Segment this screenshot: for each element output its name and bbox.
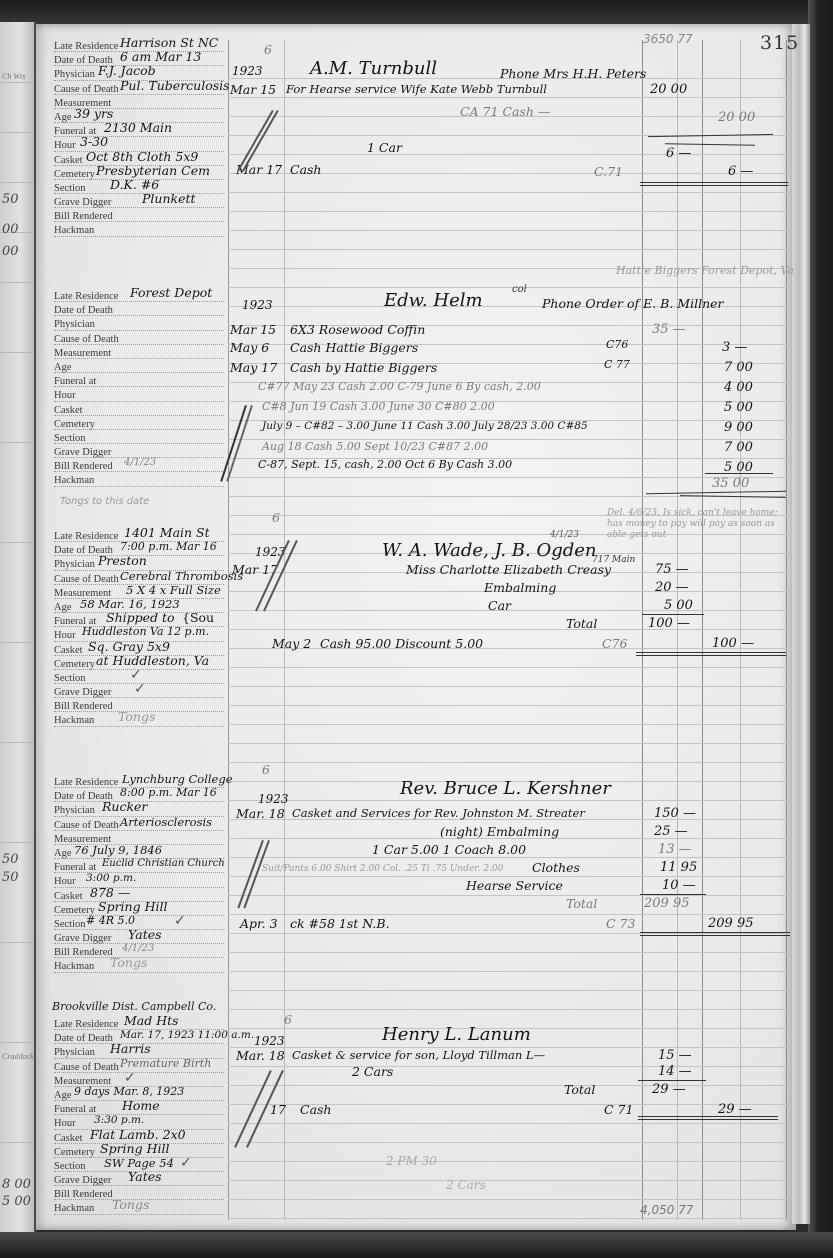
age: 39 yrs [74, 107, 113, 121]
pencil-note: 2 PM 30 [386, 1154, 437, 1168]
number-mark: 6 [272, 510, 280, 525]
funeral-at: 2130 Main [104, 121, 172, 135]
previous-page-edge: Ch Wts 50 00 00 50 50 Craddock 8 00 5 00 [0, 22, 36, 1232]
entry-description: Casket & service for son, Lloyd Tillman … [292, 1048, 545, 1062]
entry-year: 1923 [232, 64, 263, 78]
ruling-line [228, 743, 792, 744]
credit-total: 35 00 [712, 476, 749, 491]
hour: 3:30 p.m. [94, 1113, 144, 1127]
check-mark-icon: ✓ [130, 668, 142, 682]
prev-page-note: Craddock [2, 1052, 34, 1061]
cemetery: Presbyterian Cem [96, 164, 210, 178]
entry-description: Cash [300, 1102, 331, 1117]
entry-description: C-87, Sept. 15, cash, 2.00 Oct 6 By Cash… [258, 458, 512, 471]
prev-page-amount: 00 [2, 222, 19, 237]
prev-page-amount: 8 00 [2, 1177, 31, 1192]
cemetery: at Huddleston, Va [96, 654, 209, 668]
entry-date: May 6 [230, 340, 269, 355]
entry-date: May 17 [230, 360, 277, 375]
entry-description: July 9 – C#82 – 3.00 June 11 Cash 3.00 J… [262, 420, 588, 432]
debit-amount: 11 95 [660, 860, 697, 875]
entry-year: 1923 [258, 792, 289, 806]
rule-credit-column [702, 40, 703, 1220]
ruling-line [228, 800, 792, 801]
debit-amount: 75 — [655, 562, 689, 577]
prev-page-amount: 50 [2, 852, 19, 867]
entry-description: Cash [290, 162, 321, 177]
cause-of-death: Premature Birth [120, 1057, 211, 1071]
ruling-line [228, 686, 792, 687]
credit-amount: 100 — [712, 636, 754, 651]
cause-of-death: Arteriosclerosis [120, 815, 212, 829]
entry-description: For Hearse service Wife Kate Webb Turnbu… [286, 82, 547, 96]
section: D.K. #6 [110, 178, 159, 192]
ruling-line [228, 895, 792, 896]
check-mark-icon: ✓ [134, 682, 146, 696]
debit-amount: 209 95 [644, 896, 690, 911]
cemetery: Spring Hill [98, 900, 167, 914]
date-of-death: 6 am Mar 13 [120, 50, 201, 64]
check-mark-icon: ✓ [180, 1156, 192, 1170]
ruling-line [228, 192, 792, 193]
prev-page-note: Ch Wts [2, 72, 25, 81]
decedent-name: W. A. Wade, J. B. Ogden [382, 540, 597, 561]
decedent-name: Edw. Helm [384, 290, 483, 311]
debit-amount: 13 — [658, 842, 692, 857]
entry-description: Cash 95.00 Discount 5.00 [320, 636, 483, 651]
check-mark-icon: ✓ [124, 1071, 136, 1085]
entry-date: May 2 [272, 636, 311, 651]
cash-reference: C 71 [604, 1102, 633, 1117]
rule-right-margin [786, 40, 787, 1220]
debit-amount: 20 00 [650, 82, 687, 97]
entry-description: 1 Car [367, 140, 402, 155]
ruling-line [228, 933, 792, 934]
entry-description: 6X3 Rosewood Coffin [290, 322, 425, 337]
entry-description: Cash by Hattie Biggers [290, 360, 437, 375]
bill-rendered: 4/1/23 [122, 942, 154, 956]
late-residence: Lynchburg College [122, 772, 233, 786]
record-2-details: Late ResidenceForest Depot Date of Death… [54, 290, 224, 489]
ruling-line [228, 1085, 792, 1086]
entry-date: Mar. 18 [236, 1048, 285, 1063]
entry-description: ck #58 1st N.B. [290, 916, 390, 931]
grave-digger: Yates [128, 1170, 162, 1184]
credit-amount: 4 00 [724, 380, 753, 395]
ruling-line [228, 477, 792, 478]
ruling-line [228, 1142, 792, 1143]
entry-year: 1923 [254, 1034, 285, 1048]
credit-amount: 7 00 [724, 360, 753, 375]
header-note: Phone Mrs H.H. Peters [500, 66, 646, 81]
record-4-details: Late ResidenceLynchburg College Date of … [54, 776, 224, 975]
physician: Harris [110, 1042, 151, 1056]
rule-credit-cents [740, 40, 741, 1220]
prev-page-amount: 5 00 [2, 1194, 31, 1209]
ruling-line [228, 1066, 792, 1067]
ruling-line [228, 724, 792, 725]
ruling-line [228, 154, 792, 155]
credit-amount: 7 00 [724, 440, 753, 455]
entry-description: C#8 Jun 19 Cash 3.00 June 30 C#80 2.00 [262, 400, 495, 413]
cemetery: Spring Hill [100, 1142, 169, 1156]
record-3-details: Late Residence1401 Main St Date of Death… [54, 530, 224, 729]
footnote: Tongs to this date [60, 496, 149, 507]
page-edge-stack [792, 24, 810, 1224]
ruling-line [228, 971, 792, 972]
prev-page-amount: 50 [2, 870, 19, 885]
record-1-details: Late ResidenceHarrison St NC Date of Dea… [54, 40, 224, 239]
debit-amount: 5 00 [664, 598, 693, 613]
casket: Sq. Gray 5x9 [88, 640, 170, 654]
credit-amount: 29 — [718, 1102, 752, 1117]
entry-description: Cash Hattie Biggers [290, 340, 418, 355]
entry-description: 2 Cars [352, 1064, 393, 1079]
entry-description: (night) Embalming [440, 824, 559, 839]
entry-description: Aug 18 Cash 5.00 Sept 10/23 C#87 2.00 [262, 440, 488, 453]
debit-amount: 6 — [666, 146, 691, 161]
credit-amount: 5 00 [724, 400, 753, 415]
entry-year: 1923 [242, 298, 273, 312]
district-note: Brookville Dist. Campbell Co. [52, 1000, 216, 1013]
entry-description: Total [566, 896, 597, 911]
debit-amount: 100 — [648, 616, 690, 631]
entry-description: Clothes [532, 860, 580, 875]
section: # 4R 5.0 [86, 914, 135, 928]
entry-description: CA 71 Cash — [460, 104, 550, 119]
header-note: Phone Order of E. B. Millner [542, 296, 724, 311]
decedent-name: A.M. Turnbull [310, 58, 437, 79]
ruling-line [228, 914, 792, 915]
measurement: 5 X 4 x Full Size [126, 583, 221, 597]
check-mark-icon: ✓ [174, 914, 186, 928]
ruling-line [228, 230, 792, 231]
debit-amount: 29 — [652, 1082, 686, 1097]
ruling-line [228, 1161, 792, 1162]
ruling-line [228, 1180, 792, 1181]
hour: Huddleston Va 12 p.m. [82, 625, 209, 639]
debit-amount: 15 — [658, 1048, 692, 1063]
decedent-name: Henry L. Lanum [382, 1024, 531, 1045]
debit-amount: 150 — [654, 806, 696, 821]
ruling-line [228, 762, 792, 763]
book-cover-right [808, 0, 833, 1258]
ruling-line [228, 876, 792, 877]
age: 9 days Mar. 8, 1923 [74, 1085, 184, 1099]
ruling-line [228, 648, 792, 649]
record-5-details: Late ResidenceMad Hts Date of DeathMar. … [54, 1018, 224, 1217]
rule-debit-column [642, 40, 643, 1220]
late-residence: Harrison St NC [120, 36, 218, 50]
physician: Preston [98, 554, 147, 568]
ruling-line [228, 705, 792, 706]
physician: F.J. Jacob [98, 64, 156, 78]
debit-amount: 20 — [655, 580, 689, 595]
entry-date: Mar 15 [230, 82, 276, 97]
cash-reference: C.71 [594, 164, 623, 179]
debit-amount: 25 — [654, 824, 688, 839]
entry-description: Casket and Services for Rev. Johnston M.… [292, 806, 585, 820]
casket: Oct 8th Cloth 5x9 [86, 150, 198, 164]
cash-reference: C76 [602, 636, 627, 651]
hackman: Tongs [110, 956, 147, 970]
ruling-line [228, 990, 792, 991]
section: SW Page 54 [104, 1156, 174, 1170]
grave-digger: Yates [128, 928, 162, 942]
age: 58 Mar. 16, 1923 [80, 597, 180, 611]
ruling-line [228, 97, 792, 98]
hour: 3:00 p.m. [86, 871, 136, 885]
credit-amount: 3 — [722, 340, 747, 355]
cause-of-death: Pul. Tuberculosis [120, 79, 230, 93]
late-residence: Mad Hts [124, 1014, 179, 1028]
ruling-line [228, 249, 792, 250]
entry-date: Apr. 3 [240, 916, 278, 931]
name-note: col [512, 284, 527, 295]
entry-description: C#77 May 23 Cash 2.00 C-79 June 6 By cas… [258, 380, 541, 393]
hackman: Tongs [112, 1198, 149, 1212]
ruling-line [228, 287, 792, 288]
debit-amount: 14 — [658, 1064, 692, 1079]
ruling-line [228, 1218, 792, 1219]
side-note: Del. 4/6/23, Is sick, can't leave home; … [607, 508, 787, 541]
page-number: 315 [760, 32, 799, 54]
name-note: 4/1/23 [550, 530, 579, 540]
entry-description: Miss Charlotte Elizabeth Creasy [406, 562, 611, 577]
hour: 3-30 [80, 135, 108, 149]
date-of-death: Mar. 17, 1923 11:00 a.m. [120, 1028, 254, 1042]
book-cover-bottom [0, 1232, 833, 1258]
date-of-death: 7:00 p.m. Mar 16 [120, 540, 217, 554]
grave-digger: Plunkett [142, 192, 196, 206]
entry-description: Hearse Service [466, 878, 563, 893]
ruling-line [228, 952, 792, 953]
rule-left-column [228, 40, 229, 1220]
debit-amount: 35 — [652, 322, 686, 337]
entry-date: 17 [270, 1102, 286, 1117]
shipped-note: {Sou [182, 611, 214, 625]
number-mark: 6 [284, 1012, 292, 1027]
number-mark: 6 [264, 42, 272, 57]
casket: Flat Lamb. 2x0 [90, 1128, 186, 1142]
pencil-note: 2 Cars [446, 1178, 486, 1192]
credit-amount: 9 00 [724, 420, 753, 435]
ruling-line [228, 211, 792, 212]
date-of-death: 8:00 p.m. Mar 16 [120, 786, 217, 800]
cause-of-death: Cerebral Thrombosis [120, 569, 243, 583]
cash-reference: C76 [606, 338, 628, 351]
entry-description: Embalming [484, 580, 556, 595]
late-residence: 1401 Main St [124, 526, 210, 540]
age: 76 July 9, 1846 [74, 843, 162, 857]
ruling-line [228, 629, 792, 630]
entry-description: Car [488, 598, 511, 613]
clothing-note: Suit/Pants 6.00 Shirt 2.00 Col. .25 Ti .… [262, 864, 503, 874]
late-residence: Forest Depot [130, 286, 212, 300]
pencil-running-total-bottom: 4,050 77 [640, 1203, 693, 1217]
credit-amount: 209 95 [708, 916, 754, 931]
prev-page-amount: 50 [2, 192, 19, 207]
funeral-at: Home [122, 1099, 160, 1113]
physician: Rucker [102, 800, 147, 814]
credit-amount: 6 — [728, 164, 753, 179]
entry-description: 1 Car 5.00 1 Coach 8.00 [372, 842, 526, 857]
prev-page-amount: 00 [2, 244, 19, 259]
credit-amount: 20 00 [718, 110, 755, 125]
ruling-line [228, 857, 792, 858]
hackman: Tongs [118, 710, 155, 724]
ruling-line [228, 1123, 792, 1124]
ruling-line [228, 1009, 792, 1010]
casket: 878 — [90, 886, 130, 900]
entry-date: Mar 15 [230, 322, 276, 337]
debit-amount: 10 — [662, 878, 696, 893]
cash-reference: C 77 [604, 358, 630, 371]
decedent-name: Rev. Bruce L. Kershner [400, 778, 611, 799]
entry-date: Mar. 18 [236, 806, 285, 821]
cash-reference: C 73 [606, 916, 635, 931]
pencil-running-total-top: 3650 77 [643, 32, 693, 46]
ruling-line [228, 667, 792, 668]
side-note: Hattie Biggers Forest Depot, Va [616, 264, 794, 277]
funeral-at: Shipped to [106, 611, 175, 625]
bill-rendered: 4/1/23 [124, 456, 156, 470]
number-mark: 6 [262, 762, 270, 777]
ruling-line [228, 1199, 792, 1200]
entry-description: Total [566, 616, 597, 631]
funeral-at: Euclid Christian Church [102, 857, 225, 871]
entry-description: Total [564, 1082, 595, 1097]
